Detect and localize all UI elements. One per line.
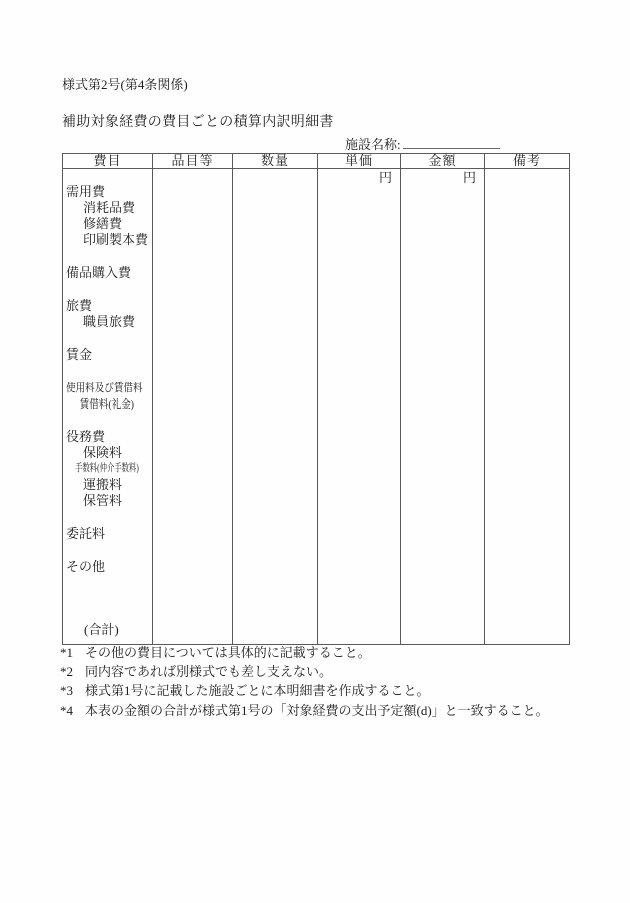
expense-item: 運搬料 — [66, 477, 150, 493]
expense-table: 費目 品目等 数量 単価 金額 備考 需用費消耗品費修繕費印刷製本費備品購入費旅… — [62, 153, 570, 645]
expense-item: 手数料(仲介手数料) — [66, 461, 125, 477]
column-header-amount: 金額 — [401, 154, 485, 169]
note-item: *4本表の金額の合計が様式第1号の「対象経費の支出予定額(d)」と一致すること。 — [60, 701, 590, 720]
total-label: (合計) — [66, 622, 150, 638]
note-item: *3様式第1号に記載した施設ごとに本明細書を作成すること。 — [60, 681, 590, 700]
expense-item: その他 — [66, 559, 150, 575]
column-header-unit-price: 単価 — [318, 154, 401, 169]
column-header-quantity: 数量 — [233, 154, 318, 169]
expense-item: 印刷製本費 — [66, 232, 150, 248]
expense-item: 役務費 — [66, 429, 150, 445]
notes-list: *1その他の費目については具体的に記載すること。*2同内容であれば別様式でも差し… — [60, 643, 590, 720]
note-text: 本表の金額の合計が様式第1号の「対象経費の支出予定額(d)」と一致すること。 — [85, 701, 549, 720]
expense-item: 職員旅費 — [66, 314, 150, 330]
item-column-cell — [153, 169, 233, 645]
note-marker: *3 — [60, 681, 85, 700]
expense-item: 保管料 — [66, 493, 150, 509]
table-header-row: 費目 品目等 数量 単価 金額 備考 — [63, 154, 570, 169]
document-page: 様式第2号(第4条関係) 補助対象経費の費目ごとの積算内訳明細書 施設名称: 費… — [0, 0, 630, 903]
yen-unit-label: 円 — [318, 169, 400, 185]
column-header-remarks: 備考 — [485, 154, 570, 169]
expense-item: 需用費 — [66, 184, 150, 200]
note-text: その他の費目については具体的に記載すること。 — [85, 643, 371, 662]
facility-name-label: 施設名称: — [345, 137, 401, 152]
remarks-column-cell — [485, 169, 570, 645]
expense-item: 保険料 — [66, 445, 150, 461]
column-header-expense-item: 費目 — [63, 154, 153, 169]
note-marker: *2 — [60, 662, 85, 681]
table-body-row: 需用費消耗品費修繕費印刷製本費備品購入費旅費職員旅費賃金使用料及び賃借料賃借料(… — [63, 169, 570, 645]
expense-item-list: 需用費消耗品費修繕費印刷製本費備品購入費旅費職員旅費賃金使用料及び賃借料賃借料(… — [66, 184, 150, 575]
expense-item: 使用料及び賃借料 — [66, 380, 139, 396]
amount-column-cell: 円 — [401, 169, 485, 645]
note-marker: *1 — [60, 643, 85, 662]
note-text: 様式第1号に記載した施設ごとに本明細書を作成すること。 — [85, 681, 430, 700]
form-number: 様式第2号(第4条関係) — [62, 77, 188, 93]
facility-name-row: 施設名称: — [345, 136, 500, 152]
expense-item: 賃金 — [66, 347, 150, 363]
note-item: *1その他の費目については具体的に記載すること。 — [60, 643, 590, 662]
note-text: 同内容であれば別様式でも差し支えない。 — [85, 662, 332, 681]
expense-item: 賃借料(礼金) — [66, 396, 133, 412]
note-item: *2同内容であれば別様式でも差し支えない。 — [60, 662, 590, 681]
expense-item: 旅費 — [66, 298, 150, 314]
facility-name-blank — [403, 136, 500, 149]
expense-items-cell: 需用費消耗品費修繕費印刷製本費備品購入費旅費職員旅費賃金使用料及び賃借料賃借料(… — [63, 169, 153, 645]
expense-item: 修繕費 — [66, 216, 150, 232]
yen-unit-label: 円 — [401, 169, 484, 185]
unit-price-column-cell: 円 — [318, 169, 401, 645]
column-header-item: 品目等 — [153, 154, 233, 169]
expense-item: 委託料 — [66, 526, 150, 542]
expense-item: 消耗品費 — [66, 200, 150, 216]
quantity-column-cell — [233, 169, 318, 645]
expense-item: 備品購入費 — [66, 265, 150, 281]
page-title: 補助対象経費の費目ごとの積算内訳明細書 — [62, 114, 334, 131]
note-marker: *4 — [60, 701, 85, 720]
